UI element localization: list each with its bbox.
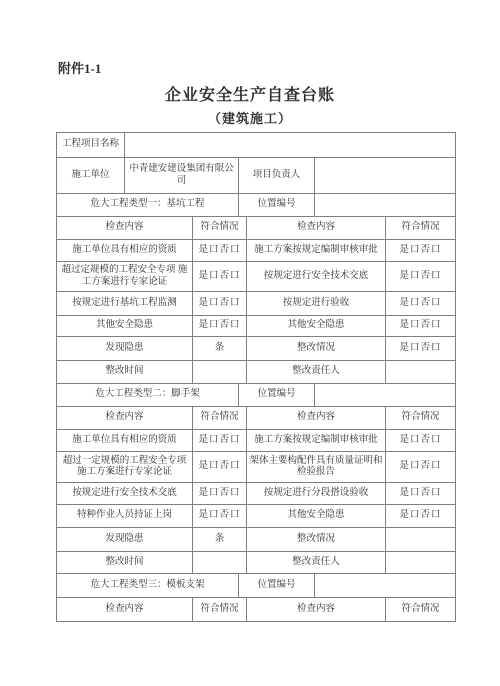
check-item-label: 施工单位具有相应的资质	[57, 430, 193, 452]
attachment-label: 附件1-1	[58, 58, 101, 77]
check-item-label: 按规定进行分段搭设验收	[247, 483, 386, 505]
table-row: 施工单位具有相应的资质 是口否口 施工方案按规定编制审核审批 是口否口	[57, 240, 456, 262]
compliance-options: 是口否口	[193, 430, 247, 452]
check-item-label: 超过一定规模的工程安全专项 施工方案进行专家论证	[57, 452, 193, 483]
project-name-value	[125, 133, 456, 158]
compliance-options: 是口否口	[386, 337, 456, 361]
table-row: 危大工程类型一：基坑工程 位置编号	[57, 194, 456, 217]
check-item-label: 其他安全隐患	[57, 316, 193, 337]
location-no-label: 位置编号	[239, 384, 315, 407]
table-row: 整改时间 整改责任人	[57, 361, 456, 384]
compliance-options: 是口否口	[386, 452, 456, 483]
table-row: 检查内容 符合情况 检查内容 符合情况	[57, 598, 456, 622]
rectify-time-label: 整改时间	[57, 361, 193, 384]
col-header-check-content: 检查内容	[57, 217, 193, 240]
compliance-options: 是口否口	[193, 452, 247, 483]
compliance-options: 是口否口	[193, 262, 247, 292]
location-no-value	[315, 574, 456, 598]
hazards-count-unit: 条	[193, 337, 247, 361]
rectify-time-label: 整改时间	[57, 552, 193, 574]
col-header-check-content: 检查内容	[247, 407, 386, 430]
table-row: 工程项目名称	[57, 133, 456, 158]
location-no-label: 位置编号	[239, 574, 315, 598]
col-header-compliance: 符合情况	[193, 217, 247, 240]
project-manager-label: 项目负责人	[239, 158, 315, 194]
table-row: 按规定进行安全技术交底 是口否口 按规定进行分段搭设验收 是口否口	[57, 483, 456, 505]
compliance-options: 是口否口	[193, 292, 247, 316]
check-item-label: 施工方案按规定编制审核审批	[247, 240, 386, 262]
doc-title: 企业安全生产自查台账	[0, 82, 500, 105]
table-row: 检查内容 符合情况 检查内容 符合情况	[57, 407, 456, 430]
table-row: 危大工程类型二：脚手架 位置编号	[57, 384, 456, 407]
compliance-options: 是口否口	[386, 292, 456, 316]
check-item-label: 超过定规模的工程安全专项 施工方案进行专家论证	[57, 262, 193, 292]
col-header-check-content: 检查内容	[247, 217, 386, 240]
rectification-status-label: 整改情况	[247, 337, 386, 361]
check-item-label: 按规定进行验收	[247, 292, 386, 316]
col-header-check-content: 检查内容	[57, 407, 193, 430]
document-page: 附件1-1 企业安全生产自查台账 （建筑施工） 工程项目名称 施工单位 中青建安…	[0, 0, 500, 686]
project-manager-value	[315, 158, 456, 194]
table-row: 按规定进行基坑工程监测 是口否口 按规定进行验收 是口否口	[57, 292, 456, 316]
hazards-found-label: 发现隐患	[57, 528, 193, 552]
hazards-found-label: 发现隐患	[57, 337, 193, 361]
col-header-compliance: 符合情况	[386, 407, 456, 430]
check-item-label: 按规定进行基坑工程监测	[57, 292, 193, 316]
check-item-label: 施工方案按规定编制审核审批	[247, 430, 386, 452]
compliance-options: 是口否口	[386, 505, 456, 528]
table-row: 检查内容 符合情况 检查内容 符合情况	[57, 217, 456, 240]
hazards-count-unit: 条	[193, 528, 247, 552]
compliance-options: 是口否口	[193, 240, 247, 262]
col-header-compliance: 符合情况	[193, 598, 247, 622]
check-item-label: 施工单位具有相应的资质	[57, 240, 193, 262]
table-row: 超过一定规模的工程安全专项 施工方案进行专家论证 是口否口 架体主要构配件具有质…	[57, 452, 456, 483]
check-item-label: 按规定进行安全技术交底	[247, 262, 386, 292]
compliance-options: 是口否口	[386, 240, 456, 262]
check-item-label: 按规定进行安全技术交底	[57, 483, 193, 505]
compliance-options: 是口否口	[386, 316, 456, 337]
rectification-status-value	[386, 528, 456, 552]
col-header-compliance: 符合情况	[386, 217, 456, 240]
table-row: 施工单位具有相应的资质 是口否口 施工方案按规定编制审核审批 是口否口	[57, 430, 456, 452]
compliance-options: 是口否口	[386, 430, 456, 452]
contractor-label: 施工单位	[57, 158, 125, 194]
rectify-person-value	[386, 361, 456, 384]
col-header-check-content: 检查内容	[57, 598, 193, 622]
rectify-time-value	[193, 361, 247, 384]
check-item-label: 特种作业人员持证上岗	[57, 505, 193, 528]
check-item-label: 其他安全隐患	[247, 505, 386, 528]
col-header-compliance: 符合情况	[193, 407, 247, 430]
rectify-person-label: 整改责任人	[247, 361, 386, 384]
col-header-check-content: 检查内容	[247, 598, 386, 622]
rectify-time-value	[193, 552, 247, 574]
compliance-options: 是口否口	[193, 316, 247, 337]
doc-subtitle: （建筑施工）	[0, 108, 500, 127]
rectification-status-label: 整改情况	[247, 528, 386, 552]
table-row: 危大工程类型三：模板支架 位置编号	[57, 574, 456, 598]
compliance-options: 是口否口	[193, 505, 247, 528]
section3-title: 危大工程类型三：模板支架	[57, 574, 239, 598]
check-item-label: 架体主要构配件具有质量证明和检验报告	[247, 452, 386, 483]
table-row: 发现隐患 条 整改情况	[57, 528, 456, 552]
col-header-compliance: 符合情况	[386, 598, 456, 622]
table-row: 施工单位 中青建安建设集团有限公司 项目负责人	[57, 158, 456, 194]
contractor-value: 中青建安建设集团有限公司	[125, 158, 239, 194]
rectify-person-value	[386, 552, 456, 574]
project-name-label: 工程项目名称	[57, 133, 125, 158]
table-row: 超过定规模的工程安全专项 施工方案进行专家论证 是口否口 按规定进行安全技术交底…	[57, 262, 456, 292]
table-row: 特种作业人员持证上岗 是口否口 其他安全隐患 是口否口	[57, 505, 456, 528]
location-no-value	[315, 194, 456, 217]
table-row: 其他安全隐患 是口否口 其他安全隐患 是口否口	[57, 316, 456, 337]
location-no-label: 位置编号	[239, 194, 315, 217]
table-row: 发现隐患 条 整改情况 是口否口	[57, 337, 456, 361]
section1-title: 危大工程类型一：基坑工程	[57, 194, 239, 217]
ledger-table: 工程项目名称 施工单位 中青建安建设集团有限公司 项目负责人 危大工程类型一：基…	[56, 132, 456, 622]
table-row: 整改时间 整改责任人	[57, 552, 456, 574]
location-no-value	[315, 384, 456, 407]
rectify-person-label: 整改责任人	[247, 552, 386, 574]
compliance-options: 是口否口	[386, 483, 456, 505]
section2-title: 危大工程类型二：脚手架	[57, 384, 239, 407]
check-item-label: 其他安全隐患	[247, 316, 386, 337]
compliance-options: 是口否口	[386, 262, 456, 292]
compliance-options: 是口否口	[193, 483, 247, 505]
